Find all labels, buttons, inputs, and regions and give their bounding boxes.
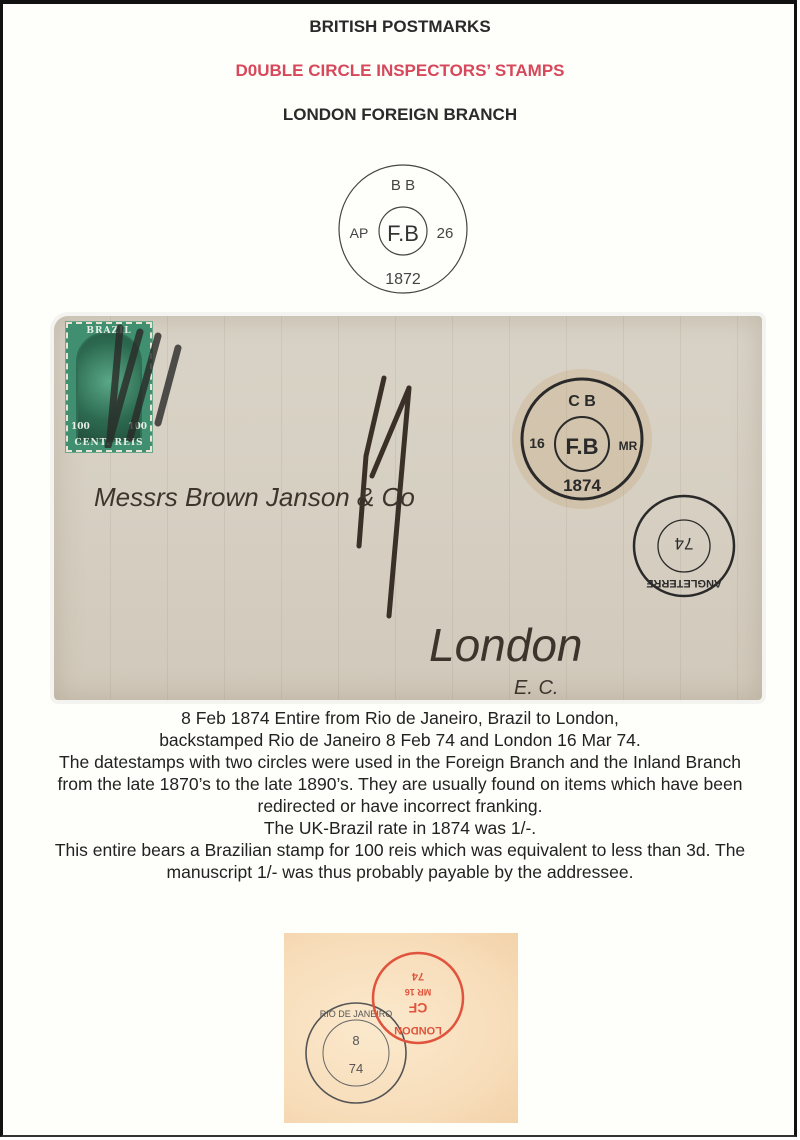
description-line: redirected or have incorrect franking.	[0, 795, 800, 817]
section-title: LONDON FOREIGN BRANCH	[0, 105, 800, 125]
fb-postmark-day: 16	[529, 435, 545, 451]
fb-postmark-center: F.B	[566, 434, 599, 459]
transit-center-text: 74	[675, 534, 694, 553]
specimen-postmark: B B AP F.B 26 1872	[335, 162, 471, 296]
london-code: CF	[408, 1000, 427, 1016]
address-city: London	[429, 619, 583, 671]
specimen-month-text: AP	[350, 225, 369, 241]
london-date: MR 16	[405, 987, 432, 997]
page-title: BRITISH POSTMARKS	[0, 17, 800, 37]
rio-year: 74	[349, 1061, 363, 1076]
page-subtitle: D0UBLE CIRCLE INSPECTORS’ STAMPS	[0, 61, 800, 81]
description-line: The datestamps with two circles were use…	[0, 751, 800, 773]
description: 8 Feb 1874 Entire from Rio de Janeiro, B…	[0, 707, 800, 883]
fb-postmark: C B 16 F.B MR 1874	[512, 369, 652, 509]
address-district: E. C.	[514, 677, 558, 699]
description-line: from the late 1870’s to the late 1890’s.…	[0, 773, 800, 795]
address-line: Messrs Brown Janson & Co	[94, 482, 415, 512]
transit-ring-text: ANGLETERRE	[646, 577, 722, 589]
fb-postmark-top: C B	[568, 393, 596, 410]
description-line: This entire bears a Brazilian stamp for …	[0, 839, 800, 861]
specimen-top-text: B B	[391, 177, 415, 194]
london-year: 74	[411, 970, 424, 982]
cover-markings: Messrs Brown Janson & Co London E. C. C …	[54, 316, 762, 700]
london-ring-text: LONDON	[394, 1024, 442, 1036]
description-line: manuscript 1/- was thus probably payable…	[0, 861, 800, 883]
specimen-center-text: F.B	[387, 221, 419, 246]
specimen-day-text: 26	[437, 225, 454, 242]
fb-postmark-year: 1874	[563, 476, 601, 495]
description-line: backstamped Rio de Janeiro 8 Feb 74 and …	[0, 729, 800, 751]
fb-postmark-month: MR	[619, 439, 638, 453]
description-line: The UK-Brazil rate in 1874 was 1/-.	[0, 817, 800, 839]
specimen-year-text: 1872	[385, 271, 421, 288]
london-backstamp: CF MR 16 74 LONDON	[373, 953, 463, 1043]
backstamp-fragment: 8 74 RIO DE JANEIRO CF MR 16 74 LONDON	[284, 933, 518, 1123]
rio-day: 8	[352, 1033, 359, 1048]
description-line: 8 Feb 1874 Entire from Rio de Janeiro, B…	[0, 707, 800, 729]
rio-backstamp: 8 74 RIO DE JANEIRO	[306, 1003, 406, 1103]
rio-ring-text: RIO DE JANEIRO	[320, 1009, 393, 1019]
transit-postmark: ANGLETERRE 74	[634, 496, 734, 596]
backstamps: 8 74 RIO DE JANEIRO CF MR 16 74 LONDON	[284, 933, 518, 1123]
